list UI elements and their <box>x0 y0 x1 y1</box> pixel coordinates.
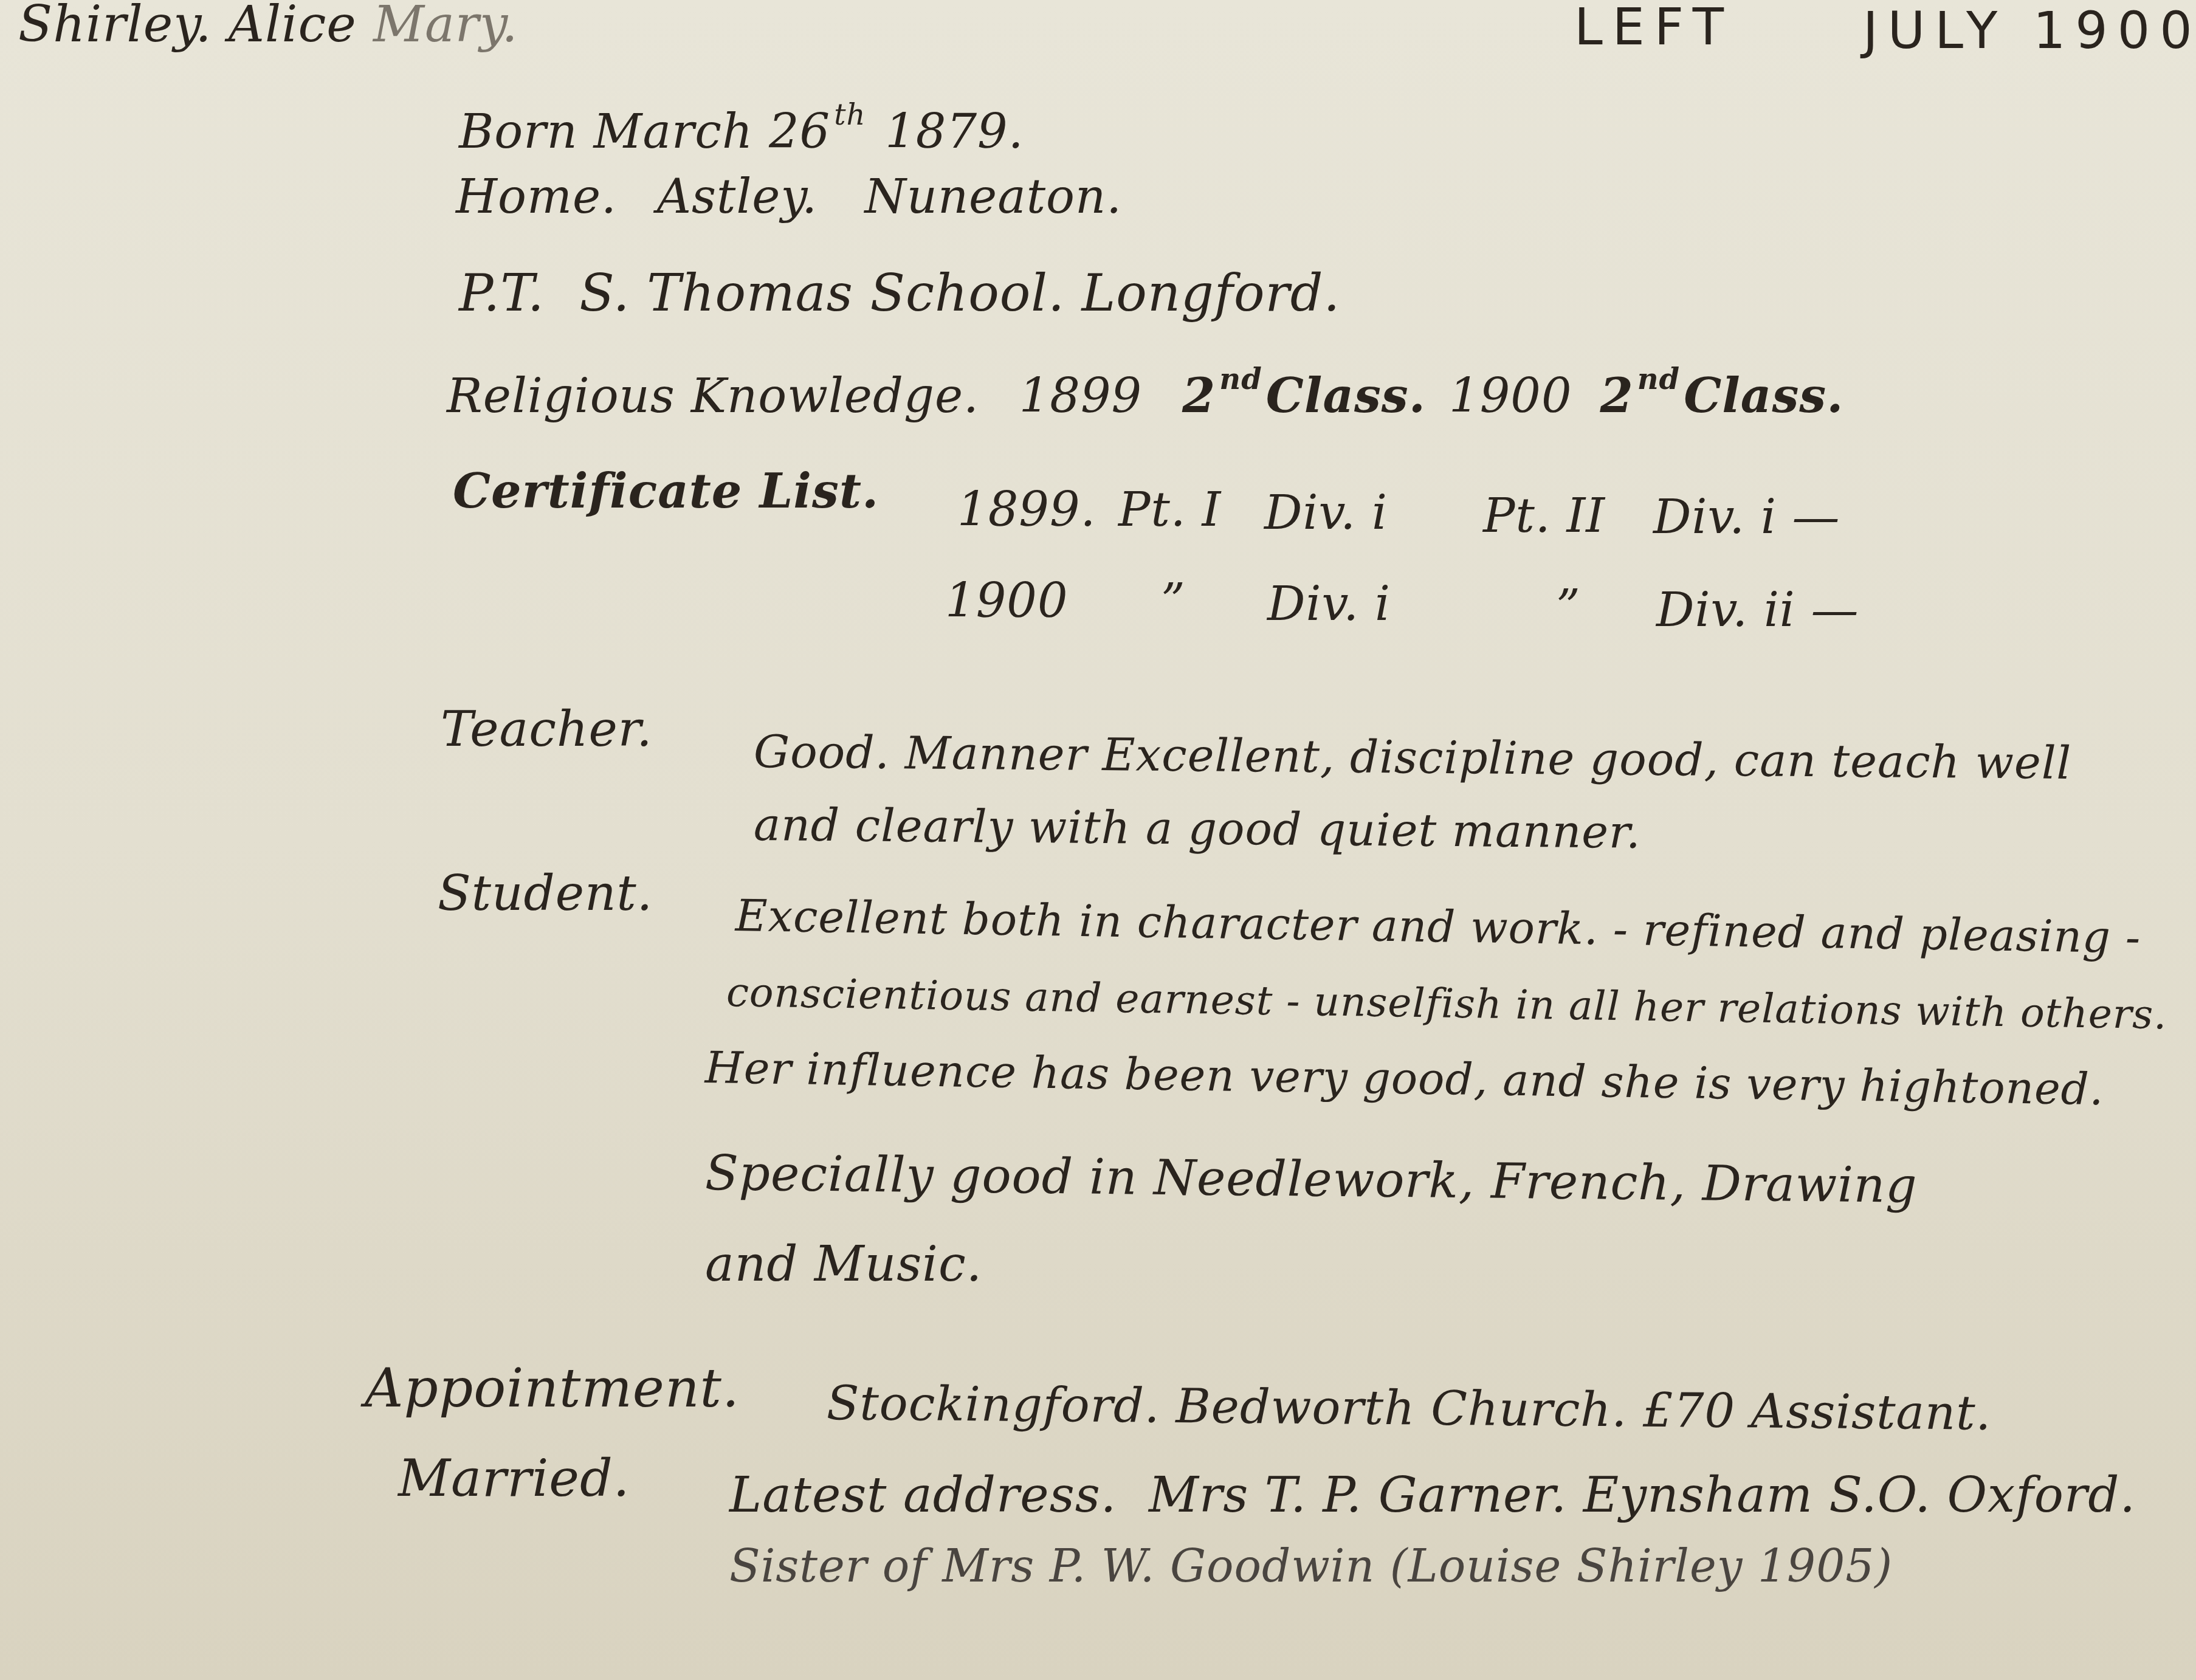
cert-year: 1900 <box>945 577 1069 625</box>
married-note: Sister of Mrs P. W. Goodwin (Louise Shir… <box>729 1544 1893 1589</box>
first-name: Alice <box>229 0 357 53</box>
rk-class-1: 2ndClass. <box>1182 368 1443 424</box>
student-line-5: and Music. <box>705 1240 982 1289</box>
rk-year-2: 1900 <box>1449 369 1572 424</box>
left-label: LEFT <box>1574 1 1733 52</box>
student-label: Student. <box>438 869 653 918</box>
record-card: Shirley. Alice Mary. LEFT JULY 1900 Born… <box>0 0 2196 1680</box>
teacher-line-2: and clearly with a good quiet manner. <box>754 802 1642 855</box>
married-address: Latest address. Mrs T. P. Garner. Eynsha… <box>729 1471 2136 1520</box>
student-line-4: Specially good in Needlework, French, Dr… <box>705 1149 1918 1210</box>
cert-div-1: Div. i <box>1267 580 1391 628</box>
born-row: Born March 26th 1879. <box>459 100 1024 156</box>
cert-part-2: Pt. II <box>1483 492 1605 540</box>
born-year: 1879. <box>885 105 1024 159</box>
rk-class-2: 2ndClass. <box>1600 368 1843 424</box>
married-label: Married. <box>398 1453 630 1504</box>
pt-label: P.T. <box>459 263 545 323</box>
pt-row: P.T. S. Thomas School. Longford. <box>459 267 1340 318</box>
born-date: March 26 <box>594 105 831 159</box>
certificate-list-label: Certificate List. <box>453 468 879 515</box>
home-row: Home. Astley. Nuneaton. <box>456 173 1122 221</box>
appointment-value: Stockingford. Bedworth Church. £70 Assis… <box>827 1380 1992 1437</box>
cert-part-1: ” <box>1161 577 1186 625</box>
student-line-2: conscientious and earnest - unselfish in… <box>726 973 2167 1035</box>
middle-name: Mary. <box>373 0 518 53</box>
born-label: Born <box>459 105 578 159</box>
cert-div-2: Div. i — <box>1653 494 1840 541</box>
student-line-1: Excellent both in character and work. - … <box>735 893 2141 959</box>
home-value: Astley. Nuneaton. <box>657 170 1122 224</box>
appointment-label: Appointment. <box>365 1362 740 1415</box>
surname: Shirley. <box>18 0 212 53</box>
teacher-line-1: Good. Manner Excellent, discipline good,… <box>754 729 2072 786</box>
teacher-label: Teacher. <box>441 705 653 754</box>
religious-knowledge-row: Religious Knowledge. 1899 2ndClass. 1900… <box>447 365 1843 420</box>
cert-part-2: ” <box>1556 584 1581 631</box>
cert-div-1: Div. i <box>1264 489 1388 537</box>
student-name: Shirley. Alice Mary. <box>18 0 518 50</box>
home-label: Home. <box>456 170 617 224</box>
student-line-3: Her influence has been very good, and sh… <box>704 1045 2104 1111</box>
cert-div-2: Div. ii — <box>1656 587 1859 634</box>
pt-value: S. Thomas School. Longford. <box>579 263 1340 323</box>
left-date: JULY 1900 <box>1863 5 2196 56</box>
cert-year: 1899. <box>957 486 1096 534</box>
religious-knowledge-label: Religious Knowledge. <box>447 369 979 424</box>
cert-part-1: Pt. I <box>1118 486 1221 534</box>
born-date-suffix: th <box>834 98 866 132</box>
rk-year-1: 1899 <box>1019 369 1143 424</box>
